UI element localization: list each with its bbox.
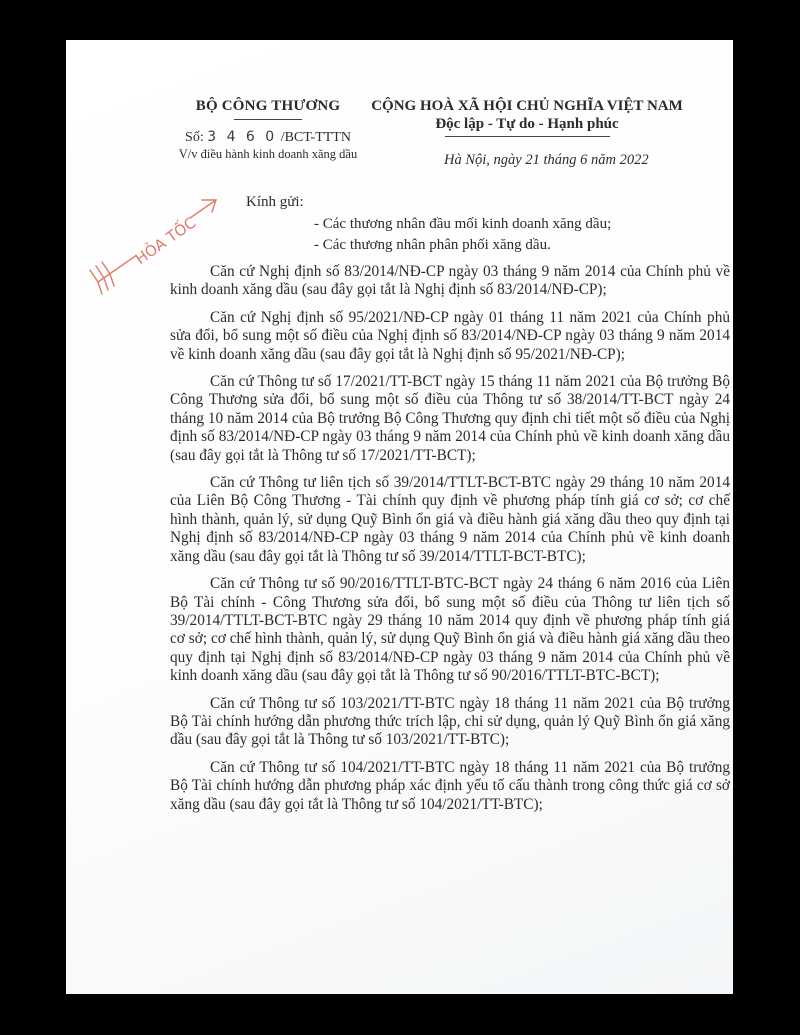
legal-basis-paragraph: Căn cứ Thông tư liên tịch số 39/2014/TTL… bbox=[170, 474, 730, 566]
recipient-item: - Các thương nhân phân phối xăng dầu. bbox=[314, 235, 611, 256]
legal-basis-paragraph: Căn cứ Thông tư số 17/2021/TT-BCT ngày 1… bbox=[170, 373, 730, 465]
place-date: Hà Nội, ngày 21 tháng 6 năm 2022 bbox=[444, 152, 649, 169]
legal-basis-paragraph: Căn cứ Thông tư số 104/2021/TT-BTC ngày … bbox=[170, 759, 730, 814]
document-body: Căn cứ Nghị định số 83/2014/NĐ-CP ngày 0… bbox=[170, 263, 730, 823]
document-number: Số: 3 4 6 0 /BCT-TTTN bbox=[158, 129, 378, 146]
country-name: CỘNG HOÀ XÃ HỘI CHỦ NGHĨA VIỆT NAM bbox=[362, 98, 692, 115]
document-page: BỘ CÔNG THƯƠNG Số: 3 4 6 0 /BCT-TTTN V/v… bbox=[66, 40, 733, 994]
recipient-list: - Các thương nhân đầu mối kinh doanh xăn… bbox=[314, 214, 611, 256]
ministry-underline bbox=[234, 119, 302, 120]
legal-basis-paragraph: Căn cứ Nghị định số 95/2021/NĐ-CP ngày 0… bbox=[170, 309, 730, 364]
legal-basis-paragraph: Căn cứ Thông tư số 90/2016/TTLT-BTC-BCT … bbox=[170, 575, 730, 685]
stamp-text: HỎA TỐC bbox=[130, 211, 199, 268]
legal-basis-paragraph: Căn cứ Thông tư số 103/2021/TT-BTC ngày … bbox=[170, 695, 730, 750]
ministry-name: BỘ CÔNG THƯƠNG bbox=[158, 98, 378, 115]
doc-number-suffix: /BCT-TTTN bbox=[281, 130, 351, 145]
doc-number-value: 3 4 6 0 bbox=[207, 129, 277, 145]
legal-basis-paragraph: Căn cứ Nghị định số 83/2014/NĐ-CP ngày 0… bbox=[170, 263, 730, 300]
national-motto: Độc lập - Tự do - Hạnh phúc bbox=[362, 116, 692, 133]
document-subject: V/v điều hành kinh doanh xăng dầu bbox=[158, 147, 378, 162]
salutation-label: Kính gửi: bbox=[246, 194, 304, 211]
recipient-item: - Các thương nhân đầu mối kinh doanh xăn… bbox=[314, 214, 611, 235]
motto-underline bbox=[445, 136, 610, 137]
doc-number-prefix: Số: bbox=[185, 130, 204, 145]
issuer-block: BỘ CÔNG THƯƠNG Số: 3 4 6 0 /BCT-TTTN V/v… bbox=[158, 98, 378, 162]
national-header: CỘNG HOÀ XÃ HỘI CHỦ NGHĨA VIỆT NAM Độc l… bbox=[362, 98, 692, 137]
